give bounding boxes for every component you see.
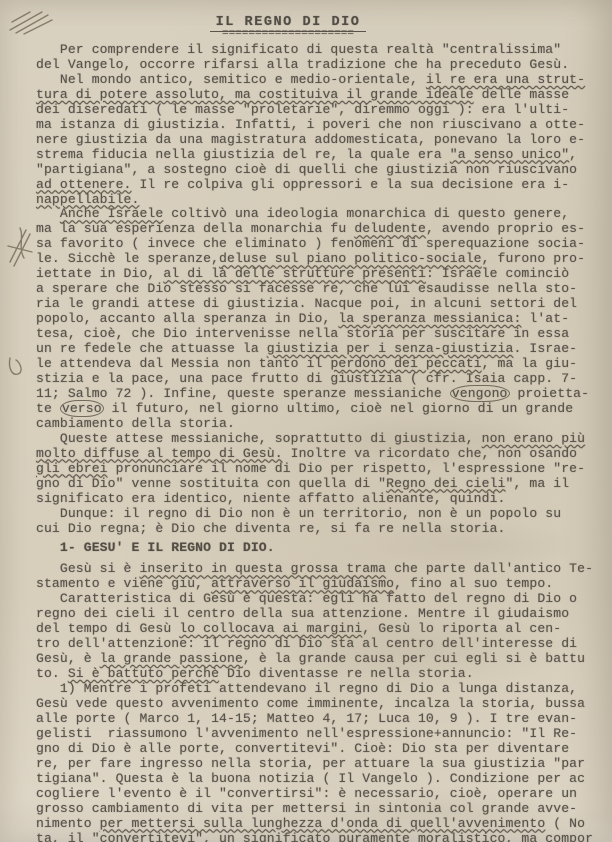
pen-underline: non erano più [482,431,585,446]
pen-underline: il re era una strut- [426,72,585,87]
text-run: strema fiducia nella giustizia del re, l… [36,147,450,162]
text-run: popolo, accanto alla speranza in Dio, [36,311,338,326]
text-run: Dunque: il regno di Dio non è un territo… [36,506,561,521]
text-run: gno di Dio" venne sostituita con quella … [36,476,386,491]
text-run: Caratteristica di Gesù è questa: egli ha… [36,591,577,606]
text-run: , furono pro- [482,251,585,266]
text-line: ad ottenere. Il re colpiva gli oppressor… [36,178,588,193]
pen-underline: per mettersi sulla lunghezza d'onda di q… [100,816,546,831]
text-line: ria le grandi attese di giustizia. Nacqu… [36,297,588,312]
text-run: pronunciare il nome di Dio per rispetto,… [108,461,585,476]
text-run: cui Dio regna; è Dio che diventa re, si … [36,521,506,536]
text-run: Queste attese messianiche, soprattutto d… [36,431,482,446]
text-line: 11; Salmo 72 ). Infine, queste speranze … [36,387,588,402]
text-run: ma istanza di giustizia. Infatti, i pove… [36,117,585,132]
text-line: Caratteristica di Gesù è questa: egli ha… [36,592,588,607]
text-run: iettate in Dio, [36,266,163,281]
text-line: le. Sicchè le speranze,deluse sul piano … [36,252,588,267]
text-line: gno di Dio è alle porte, convertitevi". … [36,742,588,757]
text-run: ria le grandi attese di giustizia. Nacqu… [36,296,577,311]
text-line: gno di Dio" venne sostituita con quella … [36,477,588,492]
text-run: cambiamento della storia. [36,416,235,431]
text-run: tesa, cioè, che Dio intervenisse nella s… [36,326,569,341]
pen-underline: Anche Israele [60,206,163,221]
text-run: dei diseredati ( le masse "proletarie", … [36,102,569,117]
text-line: tigiana". Questa è la buona notizia ( Il… [36,772,588,787]
text-run: 1- GESU' E IL REGNO DI DIO. [36,540,275,555]
text-run: , è la grande causa per cui egli si è ba… [243,651,585,666]
text-line: cambiamento della storia. [36,417,588,432]
pen-underline: inserito in questa grossa trama [139,561,386,576]
document-title-block: IL REGNO DI DIO ==================== [12,12,564,37]
text-line: ma istanza di giustizia. Infatti, i pove… [36,118,588,133]
text-run: cogliere l'evento è il "convertirsi": è … [36,786,577,801]
text-run: ( No [545,816,585,831]
pen-underline: "a senso unico" [450,147,569,162]
pencil-hook-left-margin-icon [9,358,21,374]
text-line: nere giustizia da una magistratura addom… [36,133,588,148]
pencil-scribble-left-margin-icon [8,228,32,266]
text-run: nimento [36,816,100,831]
document: IL REGNO DI DIO ==================== Per… [36,12,588,842]
text-line: cogliere l'evento è il "convertirsi": è … [36,787,588,802]
text-line: molto diffuse al tempo di Gesù. Inoltre … [36,447,588,462]
text-line: to. Si è battuto perchè Dio diventasse r… [36,667,588,682]
text-line: tura di potere assoluto, ma costituiva i… [36,88,588,103]
text-run: stamento e viene giù, [36,576,211,591]
text-line: regno dei cieli il centro della sua atte… [36,607,588,622]
text-run: "partigiana", a sostegno cioè di quelli … [36,162,577,177]
text-line: Nel mondo antico, semitico e medio-orien… [36,73,588,88]
text-line: sa favorito ( invece che eliminato ) fen… [36,237,588,252]
text-line: le attendeva dal Messia non tanto il per… [36,357,588,372]
text-line: gelisti riassumono l'avvenimento nell'es… [36,727,588,742]
text-run: Nel mondo antico, semitico e medio-orien… [36,72,426,87]
pen-underline: lo collocava ai margini [179,621,362,636]
pen-underline: Si è battuto perchè [68,666,219,681]
text-run: Dio diventasse re nella storia. [219,666,474,681]
text-run: to. [36,666,68,681]
text-run: Il re colpiva gli oppressori e la sua de… [132,177,570,192]
document-body: Per comprendere il significato di questa… [36,43,588,842]
text-line: tesa, cioè, che Dio intervenisse nella s… [36,327,588,342]
text-line: re, per fare ingresso nella storia, per … [36,757,588,772]
pen-underline: la speranza messianica: [338,311,521,326]
text-run: Inoltre va ricordato che, non osando [283,446,577,461]
pen-underline: un significato [219,831,330,842]
text-line: Gesù vede questo avvenimento come immine… [36,697,588,712]
pen-underline: deludente [354,221,426,236]
text-run: a sperare che Dio stesso si facesse re, … [36,281,577,296]
text-run: , fino al suo tempo. [394,576,553,591]
text-run: le attendeva dal Messia non tanto il [36,356,330,371]
text-run: 11; Salmo 72 ). Infine, queste speranze … [36,386,450,401]
text-run: grosso cambiamento di vita per mettersi … [36,801,577,816]
text-run: delle masse [474,87,570,102]
text-line: strema fiducia nella giustizia del re, l… [36,148,588,163]
text-run: tigiana". Questa è la buona notizia ( Il… [36,771,585,786]
text-line: significato era identico, niente affatto… [36,492,588,507]
text-line: a sperare che Dio stesso si facesse re, … [36,282,588,297]
pen-circle: vengono [450,385,510,402]
text-run: re, per fare ingresso nella storia, per … [36,756,585,771]
title-underline: ==================== [12,31,564,37]
pen-circle: verso [60,400,104,417]
pen-underline: gli ebrei [36,461,108,476]
text-run: stizia e la pace, una pace frutto di giu… [36,371,577,386]
text-line: "partigiana", a sostegno cioè di quelli … [36,163,588,178]
text-line: 1) Mentre i profeti attendevano il regno… [36,682,588,697]
text-line: stizia e la pace, una pace frutto di giu… [36,372,588,387]
text-run: alle porte ( Marco 1, 14-15; Matteo 4, 1… [36,711,577,726]
text-run: Gesù si è [36,561,139,576]
text-run: , Gesù lo riporta al cen- [362,621,561,636]
text-run: sa favorito ( invece che eliminato ) fen… [36,236,585,251]
text-run: , avendo proprio es- [426,221,585,236]
text-run: gno di Dio è alle porte, convertitevi". … [36,741,569,756]
text-run: le. Sicchè le speranze, [36,251,219,266]
text-run: proietta- [510,386,590,401]
text-line: del Vangelo, occorre rifarsi alla tradiz… [36,58,588,73]
text-run: ", ma il [506,476,570,491]
text-line: nimento per mettersi sulla lunghezza d'o… [36,817,588,832]
text-run: Per comprendere il significato di questa… [36,42,561,57]
text-run: Gesù, è [36,651,100,666]
pen-underline: giustizia per i senza-giustizia [267,341,514,356]
pen-underline: la grande passione [100,651,243,666]
text-run: l'at- [521,311,569,326]
text-line: dei diseredati ( le masse "proletarie", … [36,103,588,118]
text-run: nere giustizia da una magistratura addom… [36,132,585,147]
text-run: significato era identico, niente affatto… [36,491,506,506]
pen-underline: ad ottenere. [36,177,132,192]
text-run: puramente moralistico, ma compor [330,831,593,842]
text-run: , ma la giu- [482,356,578,371]
text-run: . Israe- [513,341,577,356]
text-line: iettate in Dio, al di là delle strutture… [36,267,588,282]
text-line: Anche Israele coltivò una ideologia mona… [36,207,588,222]
pen-underline: al di là delle strutture presenti [163,266,426,281]
pen-underline: nappellabile. [36,192,139,207]
pen-underline: tura di potere assoluto, ma costituiva i… [36,87,474,102]
text-line: ma la sua esperienza della monarchia fu … [36,222,588,237]
text-line: stamento e viene giù, attraverso il giud… [36,577,588,592]
text-run: te [36,401,60,416]
text-run: coltivò una ideologia monarchica di ques… [163,206,569,221]
section-heading: 1- GESU' E IL REGNO DI DIO. [36,541,588,556]
text-run [36,206,60,221]
text-line: Queste attese messianiche, soprattutto d… [36,432,588,447]
text-line: Per comprendere il significato di questa… [36,43,588,58]
pen-underline: attraverso il giudaismo [211,576,394,591]
text-line: popolo, accanto alla speranza in Dio, la… [36,312,588,327]
text-run: il futuro, nel giorno ultimo, cioè nel g… [104,401,574,416]
pen-underline: molto diffuse al tempo di Gesù. [36,446,283,461]
text-run: regno dei cieli il centro della sua atte… [36,606,569,621]
text-run: tro dell'attenzione: il regno di Dio sta… [36,636,577,651]
text-run: un re fedele che attuasse la [36,341,267,356]
text-run: del tempo di Gesù [36,621,179,636]
text-run: gelisti riassumono l'avvenimento nell'es… [36,726,577,741]
text-line: del tempo di Gesù lo collocava ai margin… [36,622,588,637]
scanned-page: IL REGNO DI DIO ==================== Per… [0,0,612,842]
text-run: che parte dall'antico Te- [386,561,593,576]
text-line: cui Dio regna; è Dio che diventa re, si … [36,522,588,537]
text-run: del Vangelo, occorre rifarsi alla tradiz… [36,57,569,72]
text-line: tro dell'attenzione: il regno di Dio sta… [36,637,588,652]
text-run: Gesù vede questo avvenimento come immine… [36,696,585,711]
pen-underline: perdono dei peccati [330,356,481,371]
pen-underline: deluse sul piano politico-sociale [219,251,482,266]
text-line: gli ebrei pronunciare il nome di Dio per… [36,462,588,477]
text-line: te verso il futuro, nel giorno ultimo, c… [36,402,588,417]
text-line: ta, il "convertitevi", un significato pu… [36,832,588,842]
text-run: ta, il "convertitevi", [36,831,219,842]
text-run: : Israele cominciò [426,266,569,281]
text-run: , [569,147,577,162]
text-run: 1) Mentre i profeti attendevano il regno… [36,681,577,696]
pen-underline: Regno dei cieli [386,476,505,491]
text-line: Gesù, è la grande passione, è la grande … [36,652,588,667]
text-line: alle porte ( Marco 1, 14-15; Matteo 4, 1… [36,712,588,727]
text-run: ma la sua esperienza della monarchia fu [36,221,354,236]
text-line: grosso cambiamento di vita per mettersi … [36,802,588,817]
text-line: nappellabile. [36,193,588,208]
text-line: un re fedele che attuasse la giustizia p… [36,342,588,357]
text-line: Gesù si è inserito in questa grossa tram… [36,562,588,577]
text-line: Dunque: il regno di Dio non è un territo… [36,507,588,522]
